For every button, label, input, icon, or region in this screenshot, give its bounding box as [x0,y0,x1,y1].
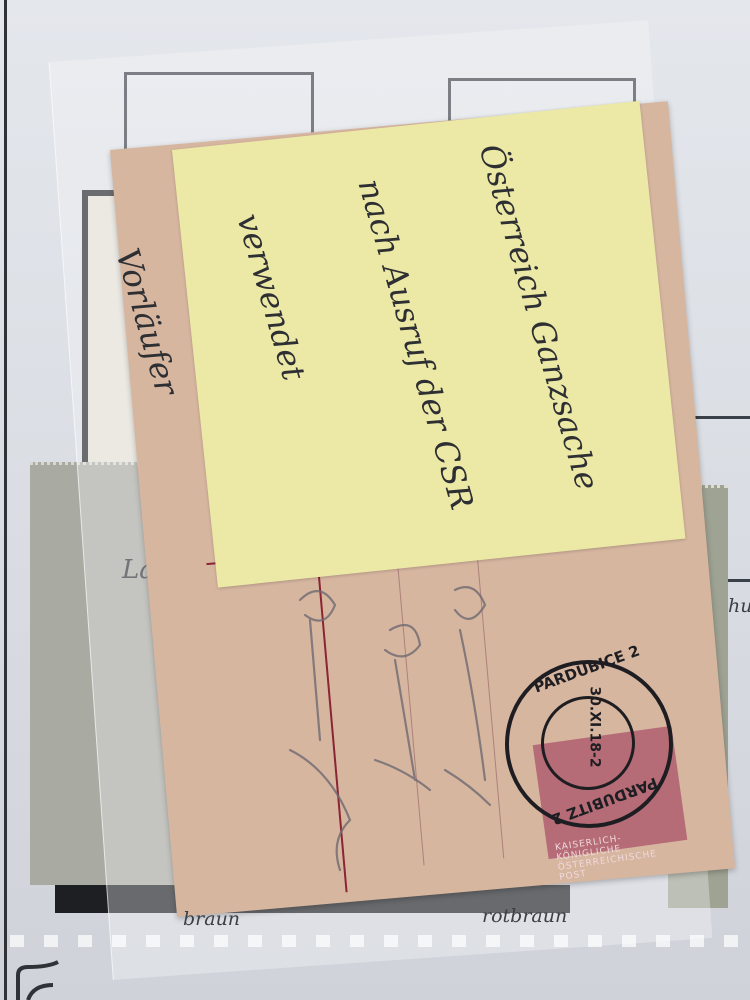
page-ornament-icon [8,960,68,1000]
postmark: PARDUBICE 2 30.XI.18-2 PARDUBITZ 2 [505,660,673,828]
sticky-note: Österreich Ganzsache nach Ausruf der CSR… [172,101,685,588]
note-line-4: Vorläufer [106,243,245,599]
note-line-3: verwendet [227,209,366,565]
album-page: La Österreich Ganzsache nach Ausruf der … [0,0,750,1000]
page-margin-rule [4,0,7,1000]
postmark-date: 30.XI.18-2 [587,686,603,767]
caption-rotbraun: rotbraun [482,905,567,927]
pencil-address-handwriting [280,560,520,880]
note-line-1: Österreich Ganzsache [470,139,609,495]
caption-hu: hu [728,595,750,617]
note-line-2: nach Ausruf der CSR [349,174,488,530]
caption-braun: braun [183,908,240,930]
sleeve-perforation [0,935,750,947]
